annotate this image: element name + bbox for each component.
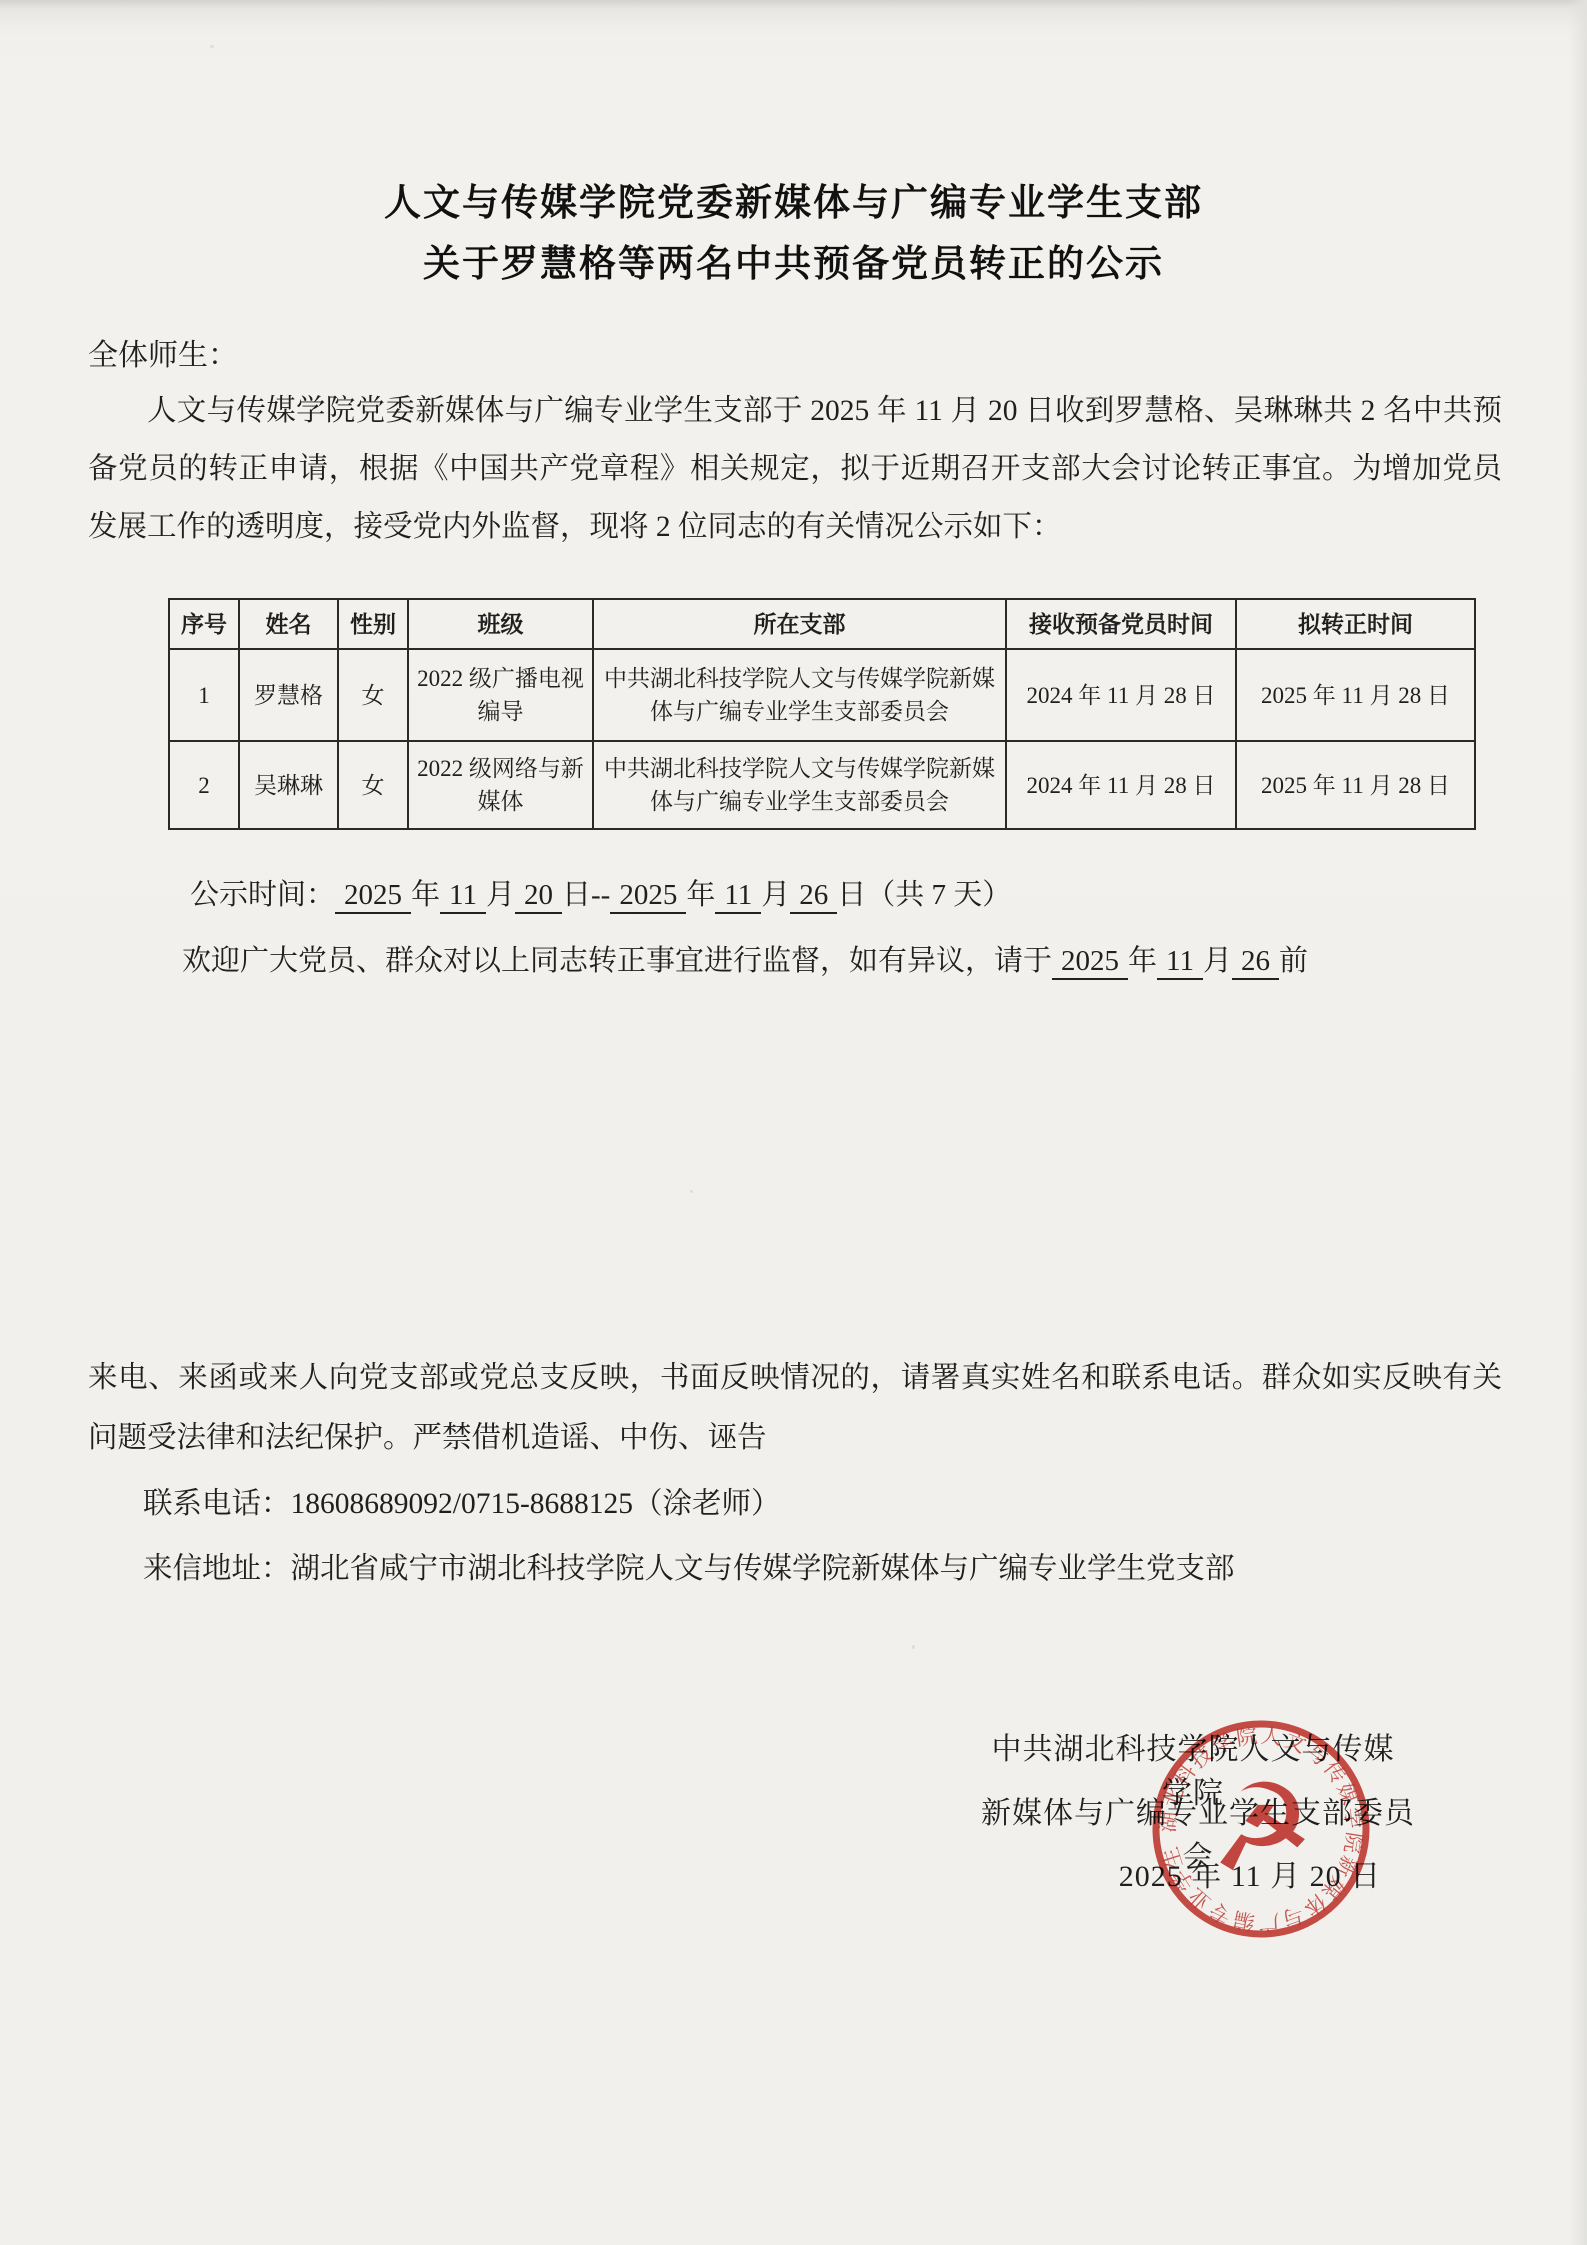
cell-name: 吴琳琳 (239, 741, 338, 829)
header-name: 姓名 (239, 599, 338, 649)
members-table: 序号 姓名 性别 班级 所在支部 接收预备党员时间 拟转正时间 1 罗慧格 女 … (168, 598, 1476, 830)
signature-date: 2025 年 11 月 20 日 (1100, 1851, 1400, 1895)
publicity-end-day: 26 (790, 878, 837, 914)
scanned-notice-page: 人文与传媒学院党委新媒体与广编专业学生支部 关于罗慧格等两名中共预备党员转正的公… (0, 0, 1587, 2245)
unit-year: 年 (1128, 945, 1157, 977)
scan-top-edge (0, 0, 1587, 14)
table-header-row: 序号 姓名 性别 班级 所在支部 接收预备党员时间 拟转正时间 (169, 599, 1475, 649)
unit-year: 年 (686, 879, 715, 911)
supervision-text: 欢迎广大党员、群众对以上同志转正事宜进行监督，如有异议，请于 (182, 945, 1052, 977)
publicity-tail: 日（共 7 天） (837, 879, 1011, 911)
cell-gender: 女 (338, 741, 408, 829)
salutation: 全体师生： (88, 330, 238, 374)
publicity-start-day: 20 (515, 878, 562, 914)
phone-line: 联系电话：18608689092/0715-8688125（涂老师） (143, 1480, 781, 1522)
header-gender: 性别 (338, 599, 408, 649)
publicity-period-line: 公示时间：2025年11月20日--2025年11月26日（共 7 天） (190, 872, 1011, 914)
cell-class: 2022 级网络与新媒体 (408, 741, 593, 829)
cell-seq: 1 (169, 649, 239, 741)
cell-probation-date: 2024 年 11 月 28 日 (1006, 741, 1236, 829)
cell-branch: 中共湖北科技学院人文与传媒学院新媒体与广编专业学生支部委员会 (593, 649, 1006, 741)
header-branch: 所在支部 (593, 599, 1006, 649)
scan-noise-speck (912, 1645, 915, 1649)
supervision-line: 欢迎广大党员、群众对以上同志转正事宜进行监督，如有异议，请于2025年11月26… (182, 938, 1308, 980)
date-separator: 日-- (562, 879, 610, 911)
cell-conversion-date: 2025 年 11 月 28 日 (1236, 649, 1475, 741)
unit-year: 年 (411, 879, 440, 911)
notice-title-line2: 关于罗慧格等两名中共预备党员转正的公示 (0, 233, 1587, 287)
cell-probation-date: 2024 年 11 月 28 日 (1006, 649, 1236, 741)
notice-title-line1: 人文与传媒学院党委新媒体与广编专业学生支部 (0, 172, 1587, 226)
cell-branch: 中共湖北科技学院人文与传媒学院新媒体与广编专业学生支部委员会 (593, 741, 1006, 829)
supervision-suffix: 前 (1279, 945, 1308, 977)
scan-noise-speck (210, 45, 214, 48)
deadline-month: 11 (1157, 944, 1203, 980)
header-seq: 序号 (169, 599, 239, 649)
cell-seq: 2 (169, 741, 239, 829)
table-row: 2 吴琳琳 女 2022 级网络与新媒体 中共湖北科技学院人文与传媒学院新媒体与… (169, 741, 1475, 829)
publicity-start-year: 2025 (335, 878, 411, 914)
address-line: 来信地址：湖北省咸宁市湖北科技学院人文与传媒学院新媒体与广编专业学生党支部 (143, 1545, 1235, 1587)
deadline-day: 26 (1232, 944, 1279, 980)
unit-month: 月 (1203, 945, 1232, 977)
contact-paragraph: 来电、来函或来人向党支部或党总支反映，书面反映情况的，请署真实姓名和联系电话。群… (88, 1348, 1502, 1468)
table-row: 1 罗慧格 女 2022 级广播电视编导 中共湖北科技学院人文与传媒学院新媒体与… (169, 649, 1475, 741)
cell-name: 罗慧格 (239, 649, 338, 741)
cell-gender: 女 (338, 649, 408, 741)
intro-paragraph: 人文与传媒学院党委新媒体与广编专业学生支部于 2025 年 11 月 20 日收… (88, 382, 1502, 556)
header-conversion-date: 拟转正时间 (1236, 599, 1475, 649)
header-class: 班级 (408, 599, 593, 649)
publicity-end-year: 2025 (610, 878, 686, 914)
header-probation-date: 接收预备党员时间 (1006, 599, 1236, 649)
publicity-start-month: 11 (440, 878, 486, 914)
deadline-year: 2025 (1052, 944, 1128, 980)
unit-month: 月 (486, 879, 515, 911)
cell-class: 2022 级广播电视编导 (408, 649, 593, 741)
publicity-end-month: 11 (715, 878, 761, 914)
unit-month: 月 (761, 879, 790, 911)
scan-right-edge (1569, 0, 1587, 2245)
cell-conversion-date: 2025 年 11 月 28 日 (1236, 741, 1475, 829)
publicity-label: 公示时间： (190, 879, 335, 911)
scan-noise-speck (690, 1190, 693, 1193)
